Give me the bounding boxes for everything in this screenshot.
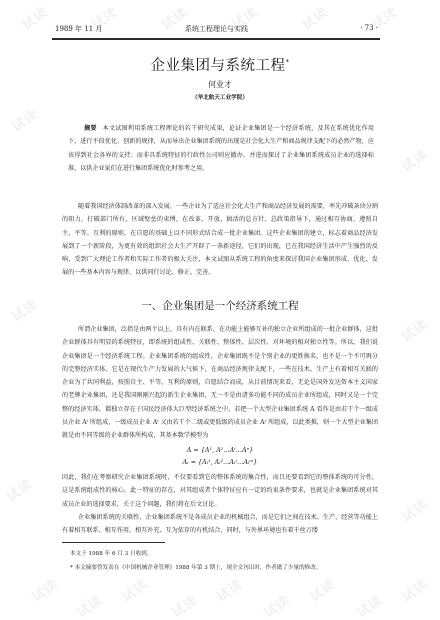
paragraph: 所谓企业集团，泛指是由两个以上、具有内在联系、在功能上能够互补的独立企业所组成的… [62, 323, 378, 443]
paragraph: 因此，我们在考察研究企业集团系统时，不仅要看到它的整体系统的集合性，而且还要看到… [62, 471, 378, 511]
section1-para2: 因此，我们在考察研究企业集团系统时，不仅要看到它的整体系统的集合性，而且还要看到… [62, 471, 378, 537]
formula-1: A = {A¹, A²…Aⁱ…Aⁿ} [0, 446, 440, 454]
affiliation: （华北航天工业学院） [0, 93, 440, 101]
article-title: 企业集团与系统工程* [0, 54, 440, 75]
introduction: 随着我国经济体制改革的深入发展，一些企业为了适应社会化大生产和商品经济发展的需要… [62, 200, 378, 280]
document-page: 1989 年 11 月 系统工程理论与实践 · 73 · 企业集团与系统工程* … [0, 0, 440, 620]
paragraph: 企业集团系统的关联性，企业集团系统不是各成员企业的机械组合，而是它们之间在技术、… [62, 511, 378, 538]
title-footnote-marker: * [286, 58, 290, 66]
formula-2: Aᵢ = {Aᵢ¹, Aᵢ²…Aᵢʲ…Aᵢᵐ} [0, 458, 440, 466]
footnote-received: 本文于 1988 年 6 月 3 日收到。 [70, 549, 400, 557]
abstract-label: 摘要 [84, 125, 97, 132]
footnote-rule [62, 542, 165, 543]
footnote-note: * 本文摘要曾发表在《中国机械企业管理》1988 年第 3 期上，现全文刊出时，… [70, 563, 400, 571]
author: 何业才 [0, 79, 440, 90]
running-header: 1989 年 11 月 系统工程理论与实践 · 73 · [55, 22, 378, 36]
title-text: 企业集团与系统工程 [151, 58, 286, 74]
section1-para1: 所谓企业集团，泛指是由两个以上、具有内在联系、在功能上能够互补的独立企业所组成的… [62, 323, 378, 443]
header-rule [52, 38, 380, 40]
abstract-text: 本文试图利用系统工程理论的若干研究成果，论证企业集团是一个经济系统，及其在系统优… [68, 125, 374, 172]
intro-paragraph: 随着我国经济体制改革的深入发展，一些企业为了适应社会化大生产和商品经济发展的需要… [62, 200, 378, 280]
section-heading: 一、企业集团是一个经济系统工程 [0, 298, 440, 313]
abstract: 摘要本文试图利用系统工程理论的若干研究成果，论证企业集团是一个经济系统，及其在系… [68, 122, 374, 175]
page-number: · 73 · [360, 24, 378, 32]
journal-name: 系统工程理论与实践 [55, 24, 378, 34]
